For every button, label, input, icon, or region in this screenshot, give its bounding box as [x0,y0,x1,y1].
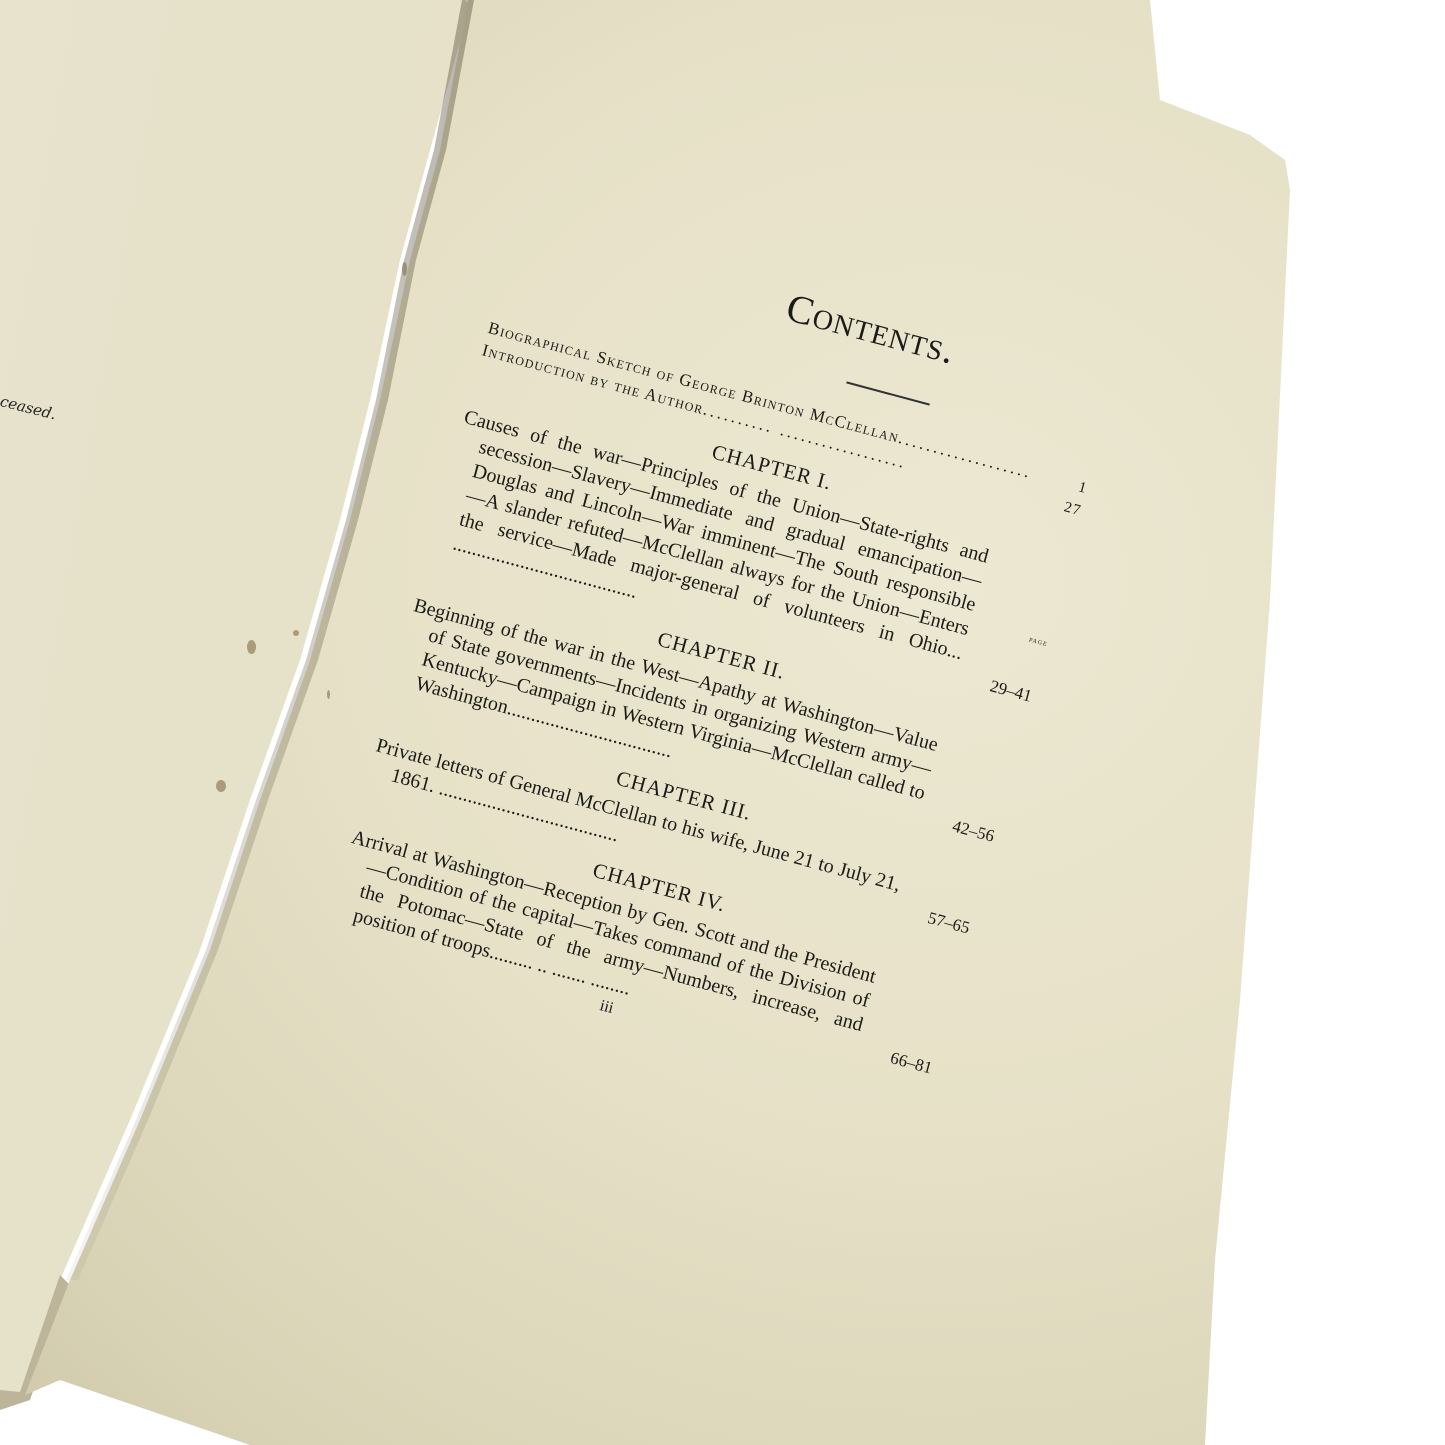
foxing-spot [247,640,256,654]
foxing-spot [327,690,330,699]
title-rule [846,381,929,405]
chapter-pages: 29–41 [953,664,1035,710]
foxing-spot [216,780,226,792]
foxing-spot [293,630,299,636]
foxing-spot [402,262,407,276]
chapter-pages: 42–56 [915,804,997,850]
chapter-pages: 57–65 [890,896,972,942]
